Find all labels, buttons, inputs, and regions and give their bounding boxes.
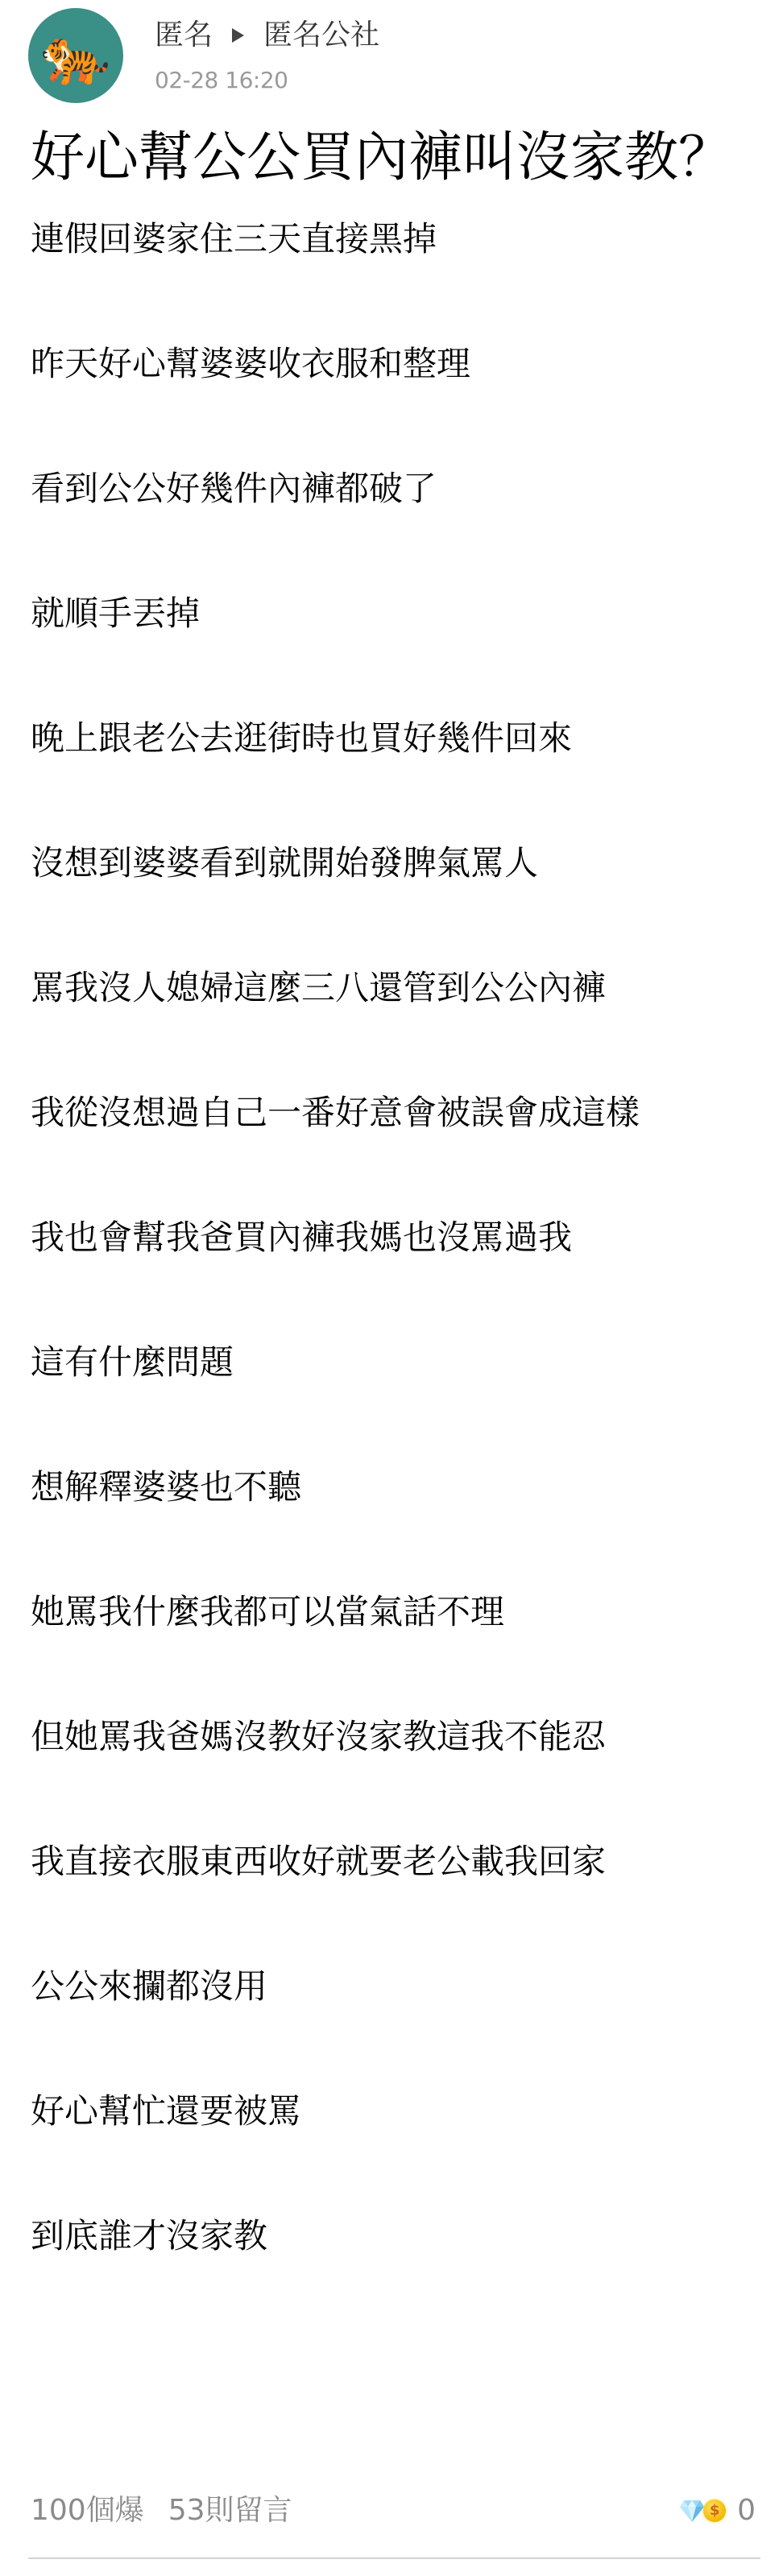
- reward-count: 0: [737, 2493, 756, 2528]
- paragraph: 好心幫忙還要被罵: [31, 2091, 756, 2216]
- reward-button[interactable]: $ 0: [679, 2493, 756, 2528]
- divider: [28, 2557, 760, 2559]
- paragraph: 這有什麼問題: [31, 1342, 756, 1467]
- avatar[interactable]: 🐅: [28, 8, 123, 103]
- paragraph: 晚上跟老公去逛街時也買好幾件回來: [31, 718, 756, 843]
- paragraph: 就順手丟掉: [31, 593, 756, 718]
- paragraph: 看到公公好幾件內褲都破了: [31, 469, 756, 593]
- tiger-icon: 🐅: [40, 27, 110, 84]
- paragraph: 我直接衣服東西收好就要老公載我回家: [31, 1842, 756, 1966]
- post-content: 連假回婆家住三天直接黑掉 昨天好心幫婆婆收衣服和整理 看到公公好幾件內褲都破了 …: [31, 219, 756, 2341]
- paragraph: 昨天好心幫婆婆收衣服和整理: [31, 344, 756, 469]
- author-name[interactable]: 匿名: [155, 18, 213, 53]
- post-stats: 100個爆 53則留言: [31, 2493, 292, 2528]
- paragraph: 到底誰才沒家教: [31, 2216, 756, 2341]
- paragraph: 連假回婆家住三天直接黑掉: [31, 219, 756, 344]
- paragraph: 公公來攔都沒用: [31, 1966, 756, 2091]
- author-row: 匿名 匿名公社: [155, 18, 379, 53]
- paragraph: 她罵我什麼我都可以當氣話不理: [31, 1592, 756, 1717]
- paragraph: 我也會幫我爸買內褲我媽也沒罵過我: [31, 1218, 756, 1342]
- paragraph: 沒想到婆婆看到就開始發脾氣罵人: [31, 843, 756, 968]
- paragraph: 罵我沒人媳婦這麼三八還管到公公內褲: [31, 968, 756, 1093]
- likes-count[interactable]: 100個爆: [31, 2493, 144, 2528]
- triangle-right-icon: [232, 28, 244, 43]
- board-link[interactable]: 匿名公社: [263, 18, 379, 53]
- post-timestamp: 02-28 16:20: [155, 68, 288, 93]
- diamond-icon: [679, 2499, 705, 2523]
- comments-count[interactable]: 53則留言: [168, 2493, 292, 2528]
- paragraph: 但她罵我爸媽沒教好沒家教這我不能忍: [31, 1717, 756, 1842]
- paragraph: 想解釋婆婆也不聽: [31, 1467, 756, 1592]
- paragraph: 我從沒想過自己一番好意會被誤會成這樣: [31, 1093, 756, 1218]
- coin-icon: $: [703, 2500, 726, 2522]
- post-title: 好心幫公公買內褲叫沒家教？: [31, 126, 772, 188]
